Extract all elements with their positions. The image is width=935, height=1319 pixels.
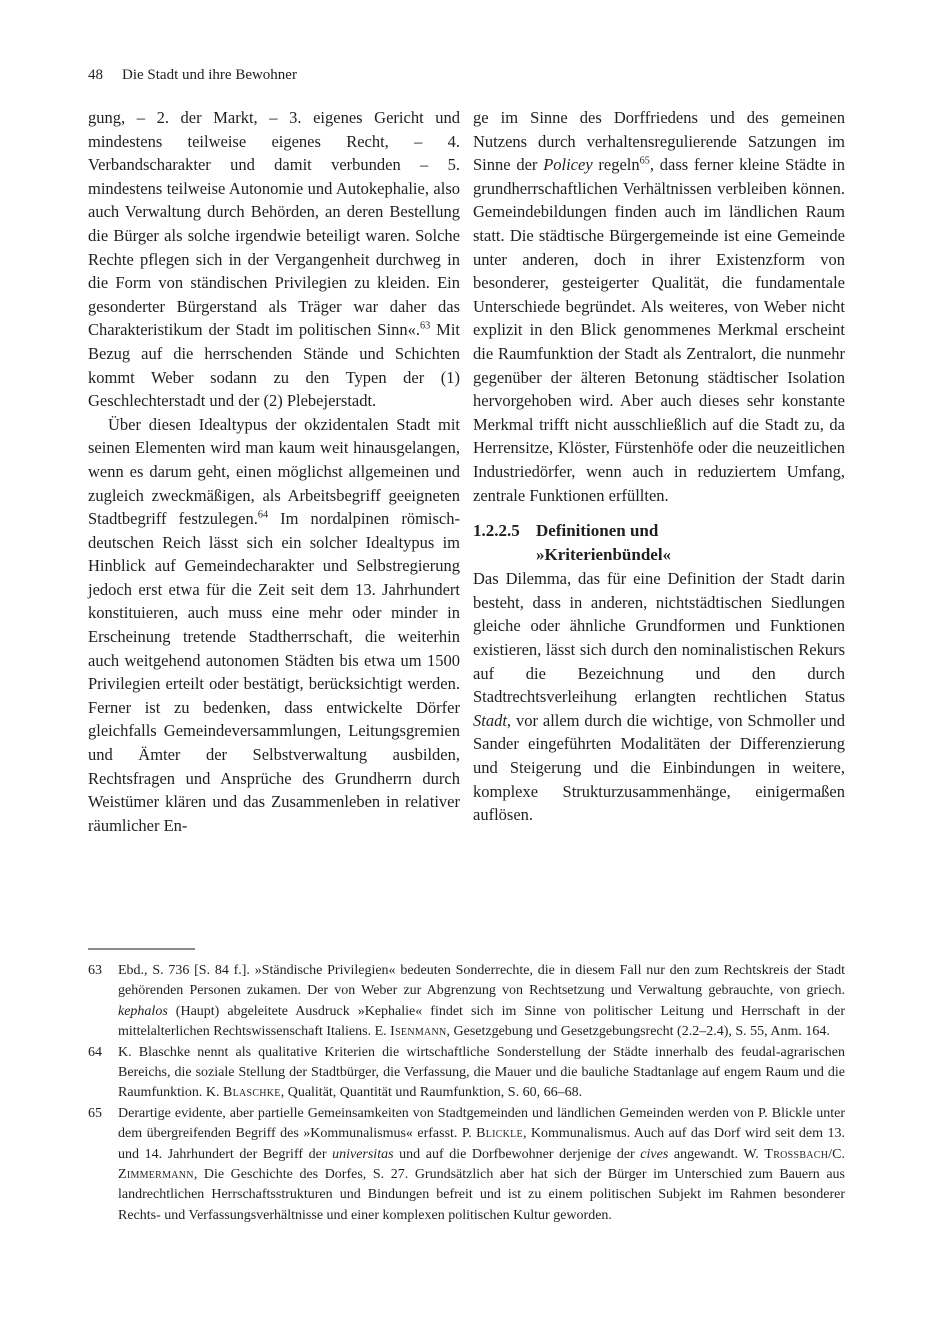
paragraph: Das Dilemma, das für eine Definition der… (473, 567, 845, 827)
text-columns: gung, – 2. der Markt, – 3. eigenes Geric… (88, 106, 845, 837)
footnote-separator (88, 948, 195, 950)
right-column: ge im Sinne des Dorffriedens und des gem… (473, 106, 845, 837)
footnotes-section: 63 Ebd., S. 736 [S. 84 f.]. »Ständische … (88, 948, 845, 1226)
footnote-number: 64 (88, 1043, 102, 1063)
section-title: Definitionen und »Kriterienbündel« (536, 519, 845, 566)
paragraph-continuation: gung, – 2. der Markt, – 3. eigenes Geric… (88, 106, 460, 413)
footnote-65: 65 Derartige evidente, aber partielle Ge… (88, 1104, 845, 1226)
footnote-number: 63 (88, 961, 102, 981)
footnote-number: 65 (88, 1104, 102, 1124)
footnote-63: 63 Ebd., S. 736 [S. 84 f.]. »Ständische … (88, 961, 845, 1043)
footnote-text: K. Blaschke nennt als qualitative Kriter… (118, 1045, 845, 1101)
footnote-64: 64 K. Blaschke nennt als qualitative Kri… (88, 1043, 845, 1104)
page-number: 48 (88, 66, 103, 84)
section-number: 1.2.2.5 (473, 519, 536, 566)
book-page: 48 Die Stadt und ihre Bewohner gung, – 2… (0, 0, 935, 1319)
section-heading: 1.2.2.5 Definitionen und »Kriterienbünde… (473, 519, 845, 566)
running-title: Die Stadt und ihre Bewohner (122, 66, 297, 84)
footnote-text: Derartige evidente, aber partielle Gemei… (118, 1106, 845, 1223)
section-title-line2: »Kriterienbündel« (536, 545, 671, 564)
left-column: gung, – 2. der Markt, – 3. eigenes Geric… (88, 106, 460, 837)
footnote-text: Ebd., S. 736 [S. 84 f.]. »Ständische Pri… (118, 963, 845, 1039)
section-title-line1: Definitionen und (536, 521, 658, 540)
running-header: 48 Die Stadt und ihre Bewohner (88, 66, 845, 84)
paragraph: Über diesen Idealtypus der okzidentalen … (88, 413, 460, 838)
paragraph-continuation: ge im Sinne des Dorffriedens und des gem… (473, 106, 845, 507)
